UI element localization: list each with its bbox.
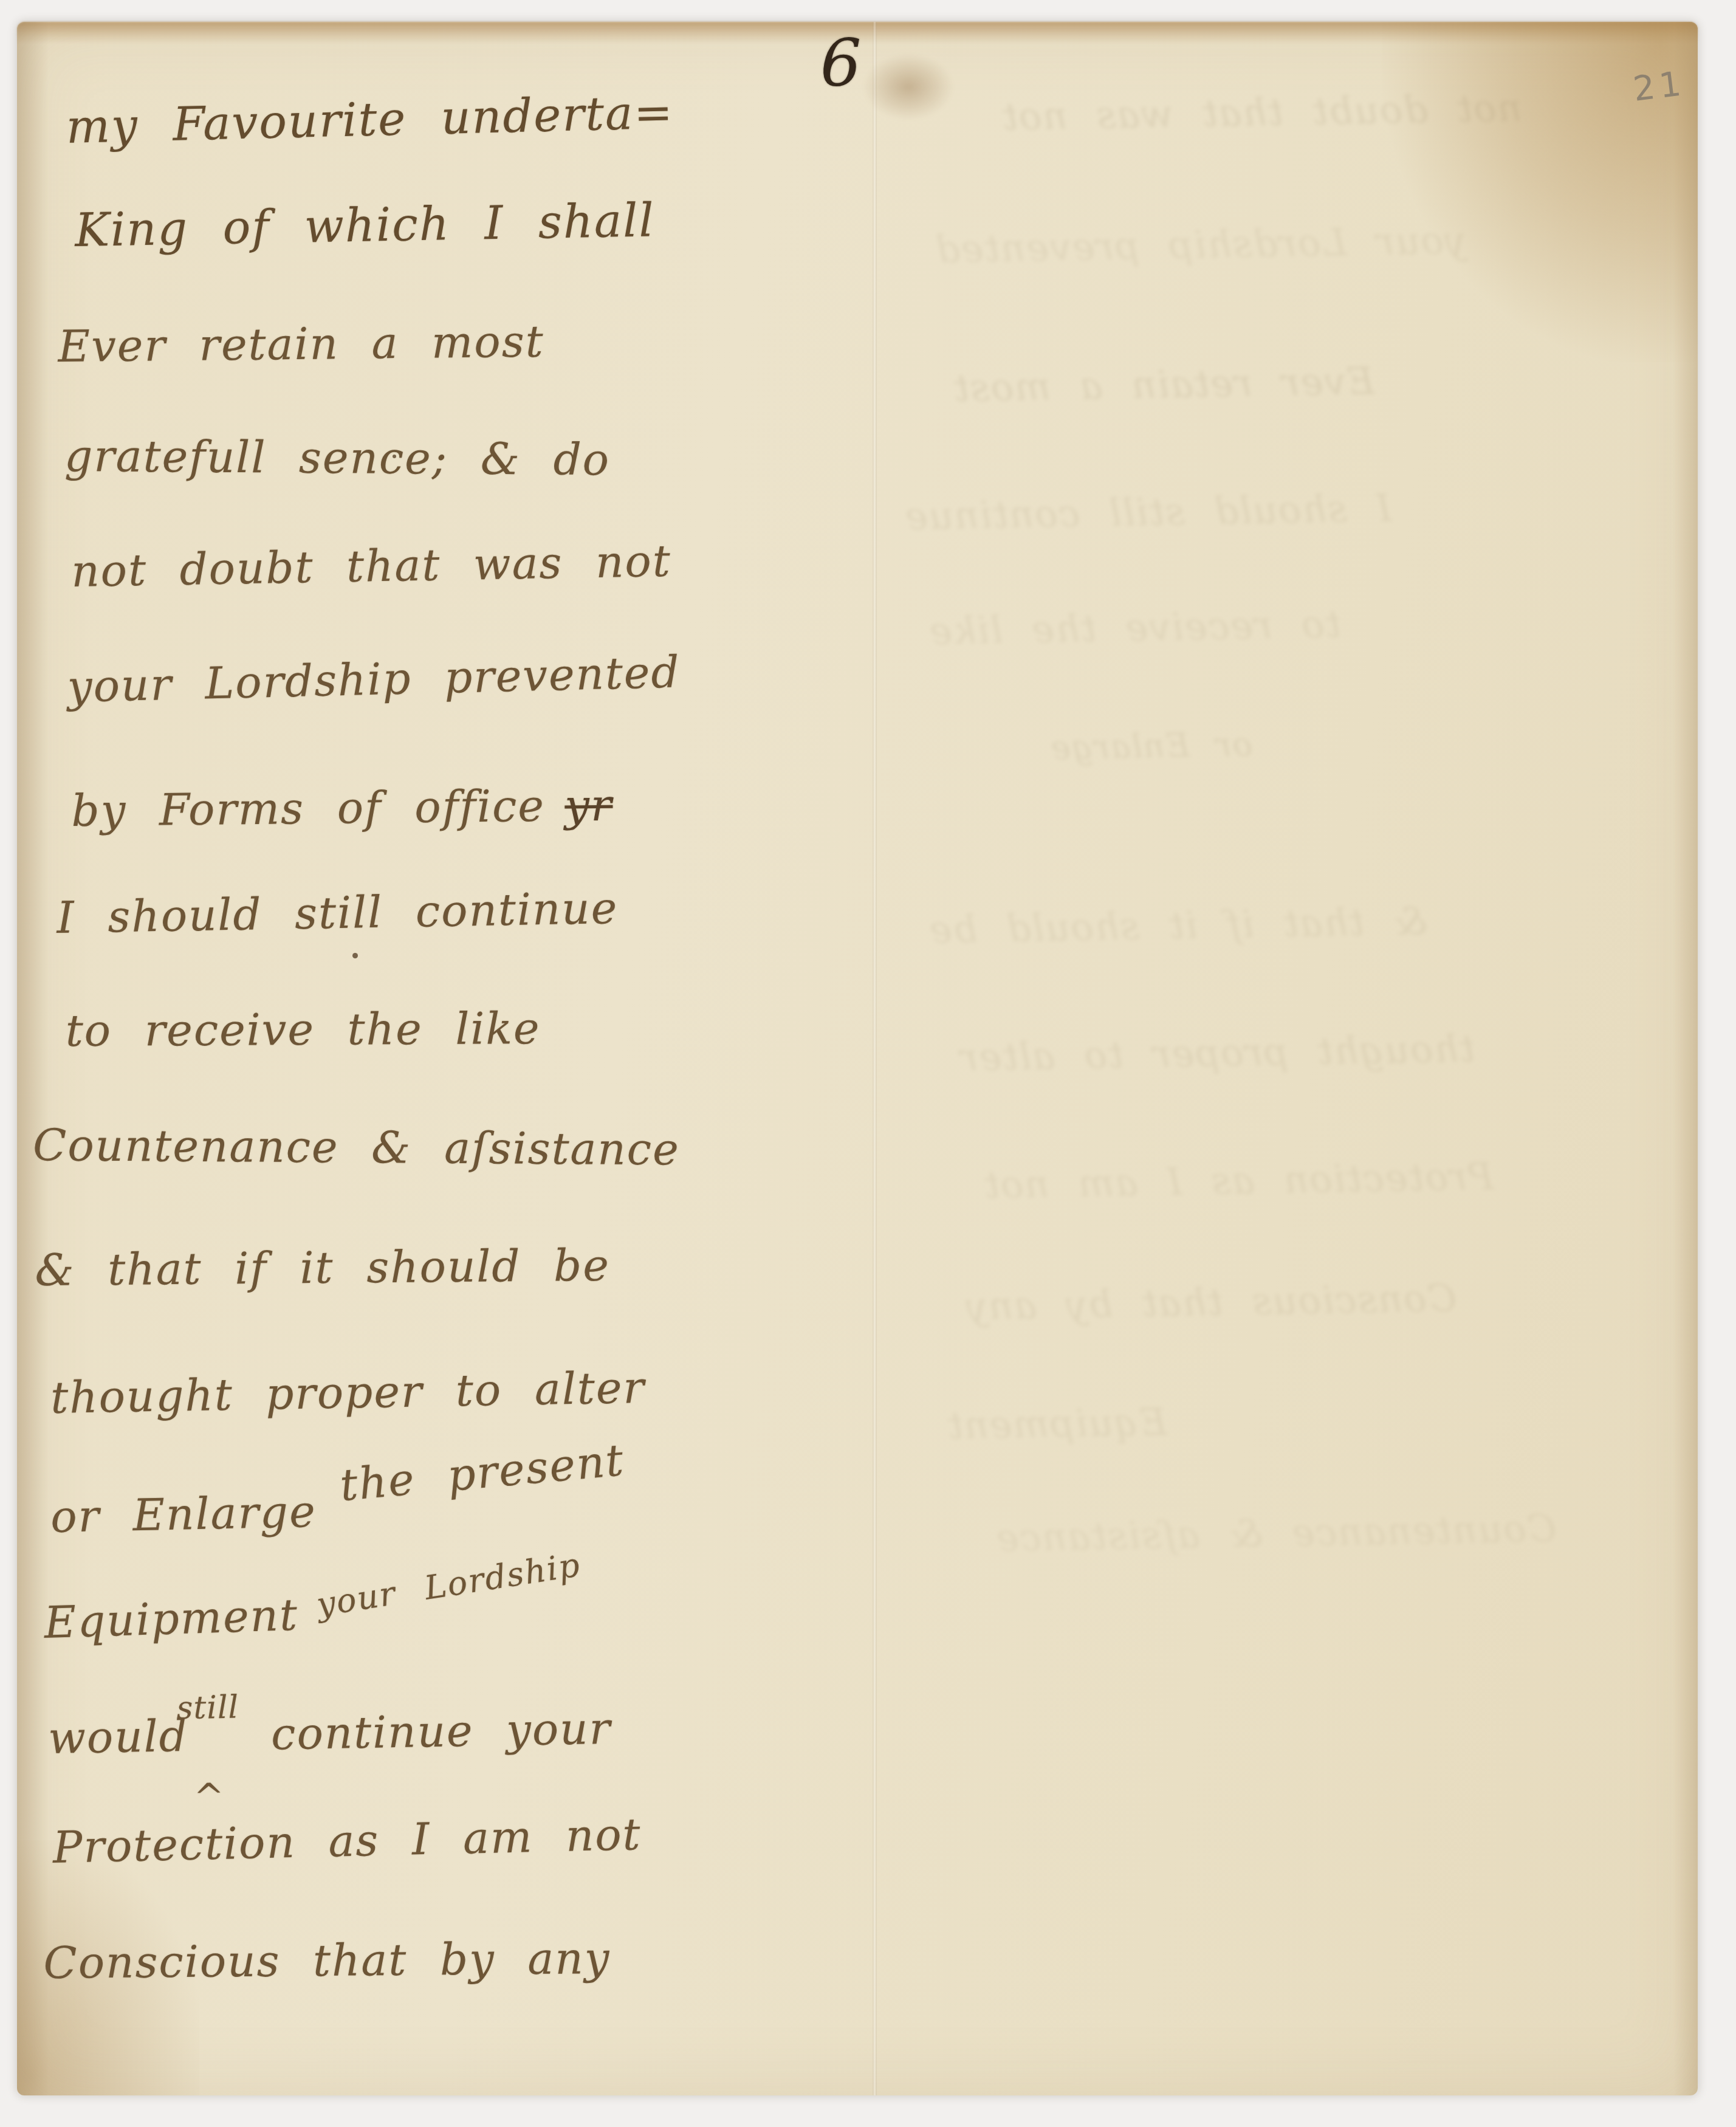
fold-crease: [873, 22, 877, 2095]
handwritten-line: King of which I shall: [74, 193, 655, 257]
handwritten-line: I should still continue: [57, 882, 619, 943]
handwritten-line: by Forms of officeyr: [71, 780, 613, 836]
handwritten-line: Conscious that by any: [43, 1933, 610, 1988]
ink-bleed-through: Countenance & aſsistance: [995, 1506, 1556, 1560]
ink-speck: [352, 953, 358, 958]
ink-bleed-through: I should still continue: [904, 486, 1391, 538]
handwritten-line: Ever retain a most: [58, 316, 544, 372]
ink-bleed-through: thought proper to alter: [958, 1026, 1475, 1080]
handwritten-line: or Enlargethe present: [50, 1479, 626, 1542]
ink-bleed-through: Equipment: [946, 1400, 1167, 1448]
handwritten-line: not doubt that was not: [71, 535, 672, 597]
handwritten-line: my Favourite underta=: [66, 85, 674, 154]
manuscript-page: 6 21 not doubt that was not your Lordshi…: [17, 22, 1698, 2095]
aged-left-edge: [17, 22, 49, 2095]
folio-number: 6: [820, 26, 861, 100]
handwritten-line: wouldstill^ continue your: [48, 1703, 612, 1764]
ink-bleed-through: Protection as I am not: [983, 1154, 1494, 1208]
aged-right-edge: [1673, 22, 1698, 2095]
handwritten-line: thought proper to alter: [50, 1362, 646, 1423]
ink-bleed-through: your Lordship prevented: [934, 218, 1466, 271]
handwritten-line: gratefull sence; & do: [64, 430, 610, 485]
ink-bleed-through: Ever retain a most: [952, 359, 1374, 410]
handwritten-line: to receive the like: [66, 1003, 541, 1056]
handwritten-line: & that if it should be: [35, 1240, 610, 1296]
handwritten-line: your Lordship prevented: [67, 646, 681, 712]
ink-bleed-through: Conscious that by any: [964, 1276, 1456, 1328]
archival-pencil-number: 21: [1631, 64, 1687, 109]
ink-bleed-through: not doubt that was not: [1001, 86, 1522, 139]
handwritten-line: Countenance & aſsistance: [33, 1119, 680, 1175]
ink-bleed-through: or Enlarge: [1049, 725, 1252, 767]
ink-bleed-through: to receive the like: [928, 602, 1341, 653]
ink-smudge: [863, 53, 954, 120]
ink-bleed-through: & that if it should be: [928, 899, 1427, 952]
handwritten-line: Protection as I am not: [52, 1809, 642, 1873]
handwritten-line: Equipmentyour Lordship: [43, 1580, 583, 1648]
scan-background: { "page": { "folio_number": "6", "corner…: [0, 0, 1736, 2127]
